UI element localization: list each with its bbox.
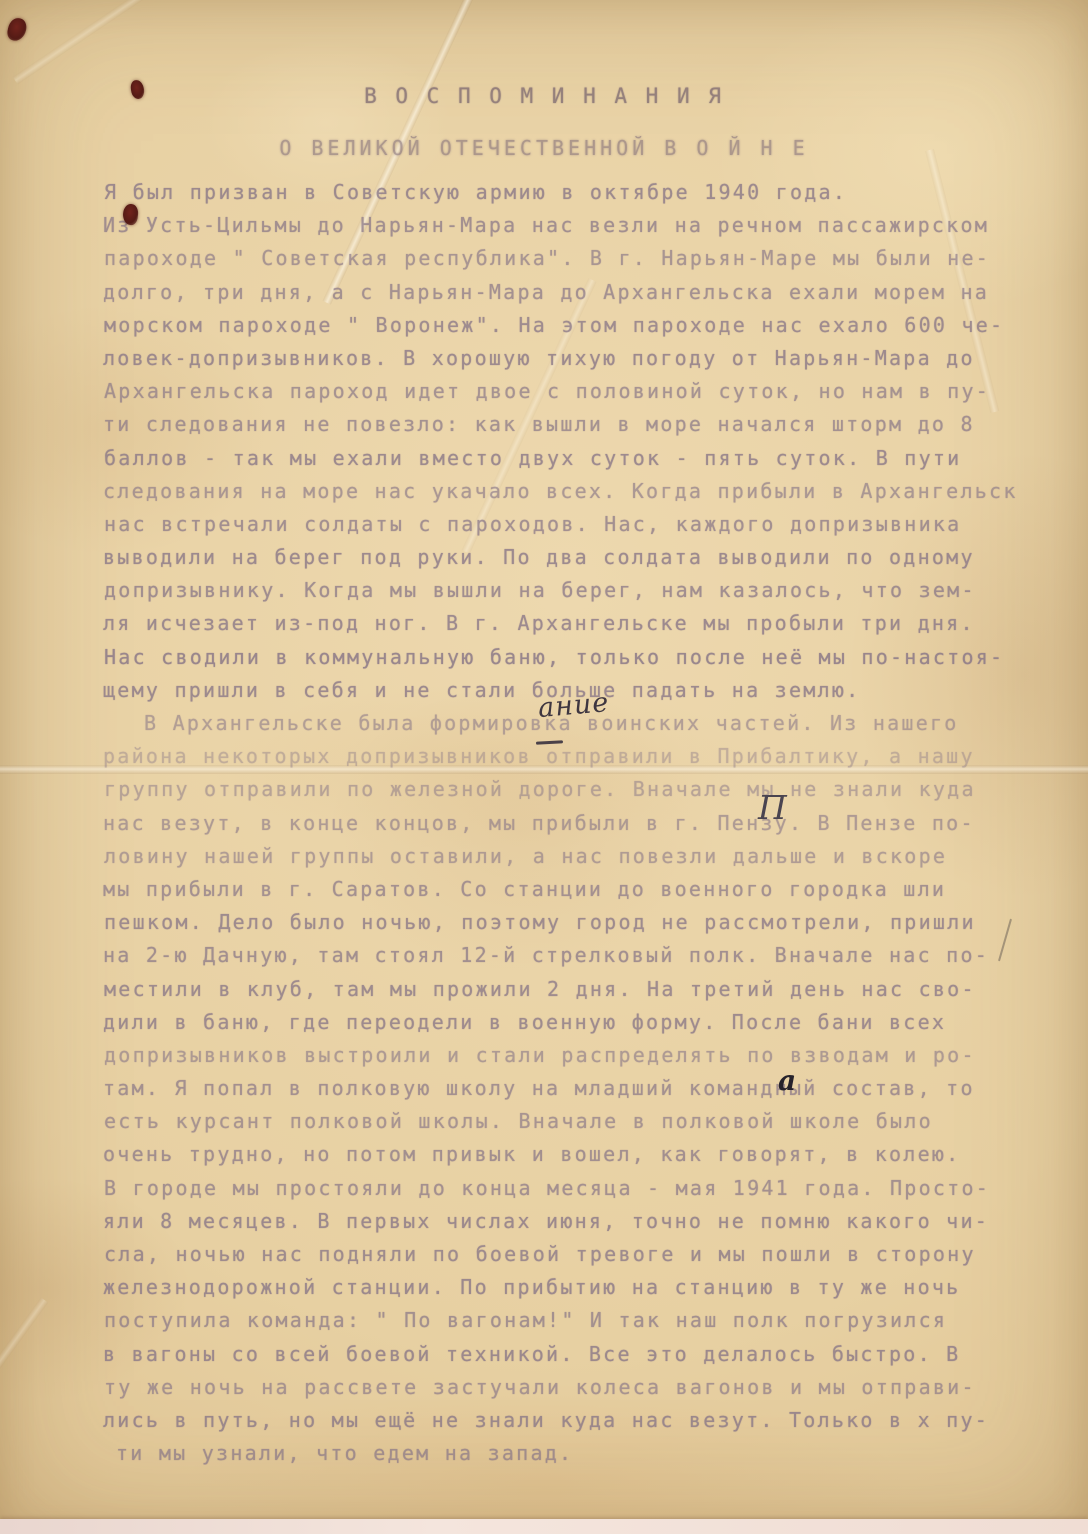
- text-line: поступила команда: " По вагонам!" И так …: [104, 1304, 1044, 1337]
- text-line: баллов - так мы ехали вместо двух суток …: [104, 442, 1044, 475]
- text-line: там. Я попал в полковую школу на младший…: [103, 1072, 1043, 1105]
- text-line: В городе мы простояли до конца месяца - …: [104, 1172, 1044, 1205]
- text-line: допризывнику. Когда мы вышли на берег, н…: [104, 574, 1044, 607]
- text-line: ля исчезает из-под ног. В г. Архангельск…: [103, 607, 1043, 640]
- scanned-document-page: В О С П О М И Н А Н И Я О ВЕЛИКОЙ ОТЕЧЕС…: [0, 0, 1088, 1534]
- text-line: долго, три дня, а с Нарьян-Мара до Архан…: [103, 276, 1043, 309]
- text-line: щему пришли в себя и не стали больше пад…: [103, 674, 1043, 707]
- text-line: группу отправили по железной дороге. Вна…: [104, 773, 1044, 806]
- text-line: ти следования не повезло: как вышли в мо…: [103, 408, 1043, 441]
- text-line: ловину нашей группы оставили, а нас пове…: [104, 840, 1044, 873]
- memoir-body-text: Я был призван в Советскую армию в октябр…: [103, 176, 1043, 1470]
- text-line: выводили на берег под руки. По два солда…: [103, 541, 1043, 574]
- text-line: железнодорожной станции. По прибытию на …: [103, 1271, 1043, 1304]
- text-line: морском пароходе " Воронеж". На этом пар…: [104, 309, 1044, 342]
- document-title: В О С П О М И Н А Н И Я: [0, 84, 1088, 108]
- text-line: В Архангельске была формировка воинских …: [104, 707, 1044, 740]
- text-line: местили в клуб, там мы прожили 2 дня. На…: [104, 973, 1044, 1006]
- text-line: очень трудно, но потом привык и вошел, к…: [103, 1138, 1043, 1171]
- text-line: дили в баню, где переодели в военную фор…: [103, 1006, 1043, 1039]
- text-line: следования на море нас укачало всех. Ког…: [103, 475, 1043, 508]
- text-line: нас встречали солдаты с пароходов. Нас, …: [104, 508, 1044, 541]
- document-subtitle: О ВЕЛИКОЙ ОТЕЧЕСТВЕННОЙ В О Й Н Е: [0, 136, 1088, 160]
- text-line: Из Усть-Цильмы до Нарьян-Мара нас везли …: [103, 209, 1043, 242]
- text-line: яли 8 месяцев. В первых числах июня, точ…: [103, 1205, 1043, 1238]
- text-line: лись в путь, но мы ещё не знали куда нас…: [103, 1404, 1043, 1437]
- text-line: района некоторых допризывников отправили…: [103, 740, 1043, 773]
- text-line: Я был призван в Советскую армию в октябр…: [104, 176, 1044, 209]
- text-line: в вагоны со всей боевой техникой. Все эт…: [103, 1338, 1043, 1371]
- text-line: на 2-ю Дачную, там стоял 12-й стрелковый…: [103, 939, 1043, 972]
- text-line: сла, ночью нас подняли по боевой тревоге…: [104, 1238, 1044, 1271]
- paper-crease: [13, 0, 167, 84]
- text-line: мы прибыли в г. Саратов. Со станции до в…: [103, 873, 1043, 906]
- text-line: ти мы узнали, что едем на запад.: [104, 1437, 1044, 1470]
- scan-background-edge: [0, 1519, 1088, 1534]
- text-line: нас везут, в конце концов, мы прибыли в …: [103, 807, 1043, 840]
- text-line: пешком. Дело было ночью, поэтому город н…: [104, 906, 1044, 939]
- ink-stain: [6, 16, 28, 42]
- text-line: ту же ночь на рассвете застучали колеса …: [104, 1371, 1044, 1404]
- text-line: ловек-допризывников. В хорошую тихую пог…: [103, 342, 1043, 375]
- text-line: Архангельска пароход идет двое с половин…: [104, 375, 1044, 408]
- text-line: допризывников выстроили и стали распреде…: [104, 1039, 1044, 1072]
- text-line: пароходе " Советская республика". В г. Н…: [104, 242, 1044, 275]
- text-line: Нас сводили в коммунальную баню, только …: [104, 641, 1044, 674]
- text-line: есть курсант полковой школы. Вначале в п…: [104, 1105, 1044, 1138]
- paper-crease: [0, 1297, 48, 1505]
